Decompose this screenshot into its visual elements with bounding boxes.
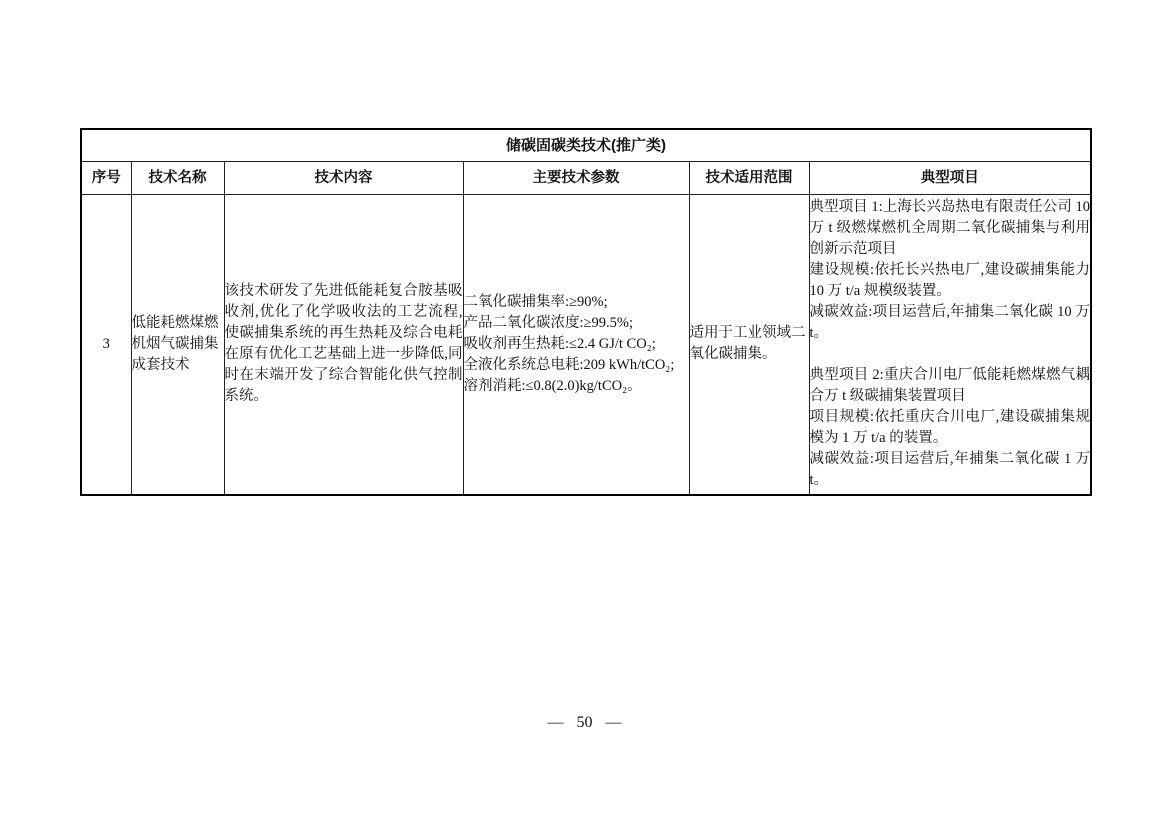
document-page: 储碳固碳类技术(推广类) 序号 技术名称 技术内容 主要技术参数 技术适用范围 … (0, 0, 1169, 826)
table-title: 储碳固碳类技术(推广类) (81, 129, 1091, 162)
project-title: 典型项目 2:重庆合川电厂低能耗燃煤燃气耦合万 t 级碳捕集装置项目 (810, 365, 1091, 407)
parameter-line: 产品二氧化碳浓度:≥99.5%; (464, 313, 689, 334)
project-1: 典型项目 1:上海长兴岛热电有限责任公司 10 万 t 级燃煤燃机全周期二氧化碳… (810, 197, 1091, 344)
parameter-line: 吸收剂再生热耗:≤2.4 GJ/t CO₂; (464, 334, 689, 355)
parameter-line: 溶剂消耗:≤0.8(2.0)kg/tCO₂。 (464, 376, 689, 397)
col-header-tech-parameters: 主要技术参数 (463, 162, 689, 195)
project-2: 典型项目 2:重庆合川电厂低能耗燃煤燃气耦合万 t 级碳捕集装置项目 项目规模:… (810, 365, 1091, 491)
col-header-application-scope: 技术适用范围 (689, 162, 809, 195)
project-title: 典型项目 1:上海长兴岛热电有限责任公司 10 万 t 级燃煤燃机全周期二氧化碳… (810, 197, 1091, 260)
cell-tech-content: 该技术研发了先进低能耗复合胺基吸收剂,优化了化学吸收法的工艺流程,使碳捕集系统的… (224, 195, 463, 495)
col-header-tech-name: 技术名称 (131, 162, 224, 195)
col-header-tech-content: 技术内容 (224, 162, 463, 195)
col-header-typical-projects: 典型项目 (809, 162, 1091, 195)
col-header-seq: 序号 (81, 162, 131, 195)
table-header-row: 序号 技术名称 技术内容 主要技术参数 技术适用范围 典型项目 (81, 162, 1091, 195)
parameter-line: 全液化系统总电耗:209 kWh/tCO₂; (464, 355, 689, 376)
cell-seq-number: 3 (81, 195, 131, 495)
table-row: 3 低能耗燃煤燃机烟气碳捕集成套技术 该技术研发了先进低能耗复合胺基吸收剂,优化… (81, 195, 1091, 495)
footer-dash-right: — (606, 712, 622, 734)
table-title-row: 储碳固碳类技术(推广类) (81, 129, 1091, 162)
project-benefit: 减碳效益:项目运营后,年捕集二氧化碳 10 万 t。 (810, 302, 1091, 344)
page-number: 50 (577, 712, 593, 734)
page-footer: — 50 — (0, 712, 1169, 734)
cell-application-scope: 适用于工业领域二氧化碳捕集。 (689, 195, 809, 495)
parameter-line: 二氧化碳捕集率:≥90%; (464, 292, 689, 313)
project-benefit: 减碳效益:项目运营后,年捕集二氧化碳 1 万 t。 (810, 449, 1091, 491)
cell-tech-name: 低能耗燃煤燃机烟气碳捕集成套技术 (131, 195, 224, 495)
tech-table: 储碳固碳类技术(推广类) 序号 技术名称 技术内容 主要技术参数 技术适用范围 … (80, 128, 1092, 496)
project-scale: 项目规模:依托重庆合川电厂,建设碳捕集规模为 1 万 t/a 的装置。 (810, 407, 1091, 449)
project-scale: 建设规模:依托长兴热电厂,建设碳捕集能力 10 万 t/a 规模级装置。 (810, 260, 1091, 302)
cell-tech-parameters: 二氧化碳捕集率:≥90%; 产品二氧化碳浓度:≥99.5%; 吸收剂再生热耗:≤… (463, 195, 689, 495)
cell-typical-projects: 典型项目 1:上海长兴岛热电有限责任公司 10 万 t 级燃煤燃机全周期二氧化碳… (809, 195, 1091, 495)
footer-dash-left: — (548, 712, 564, 734)
